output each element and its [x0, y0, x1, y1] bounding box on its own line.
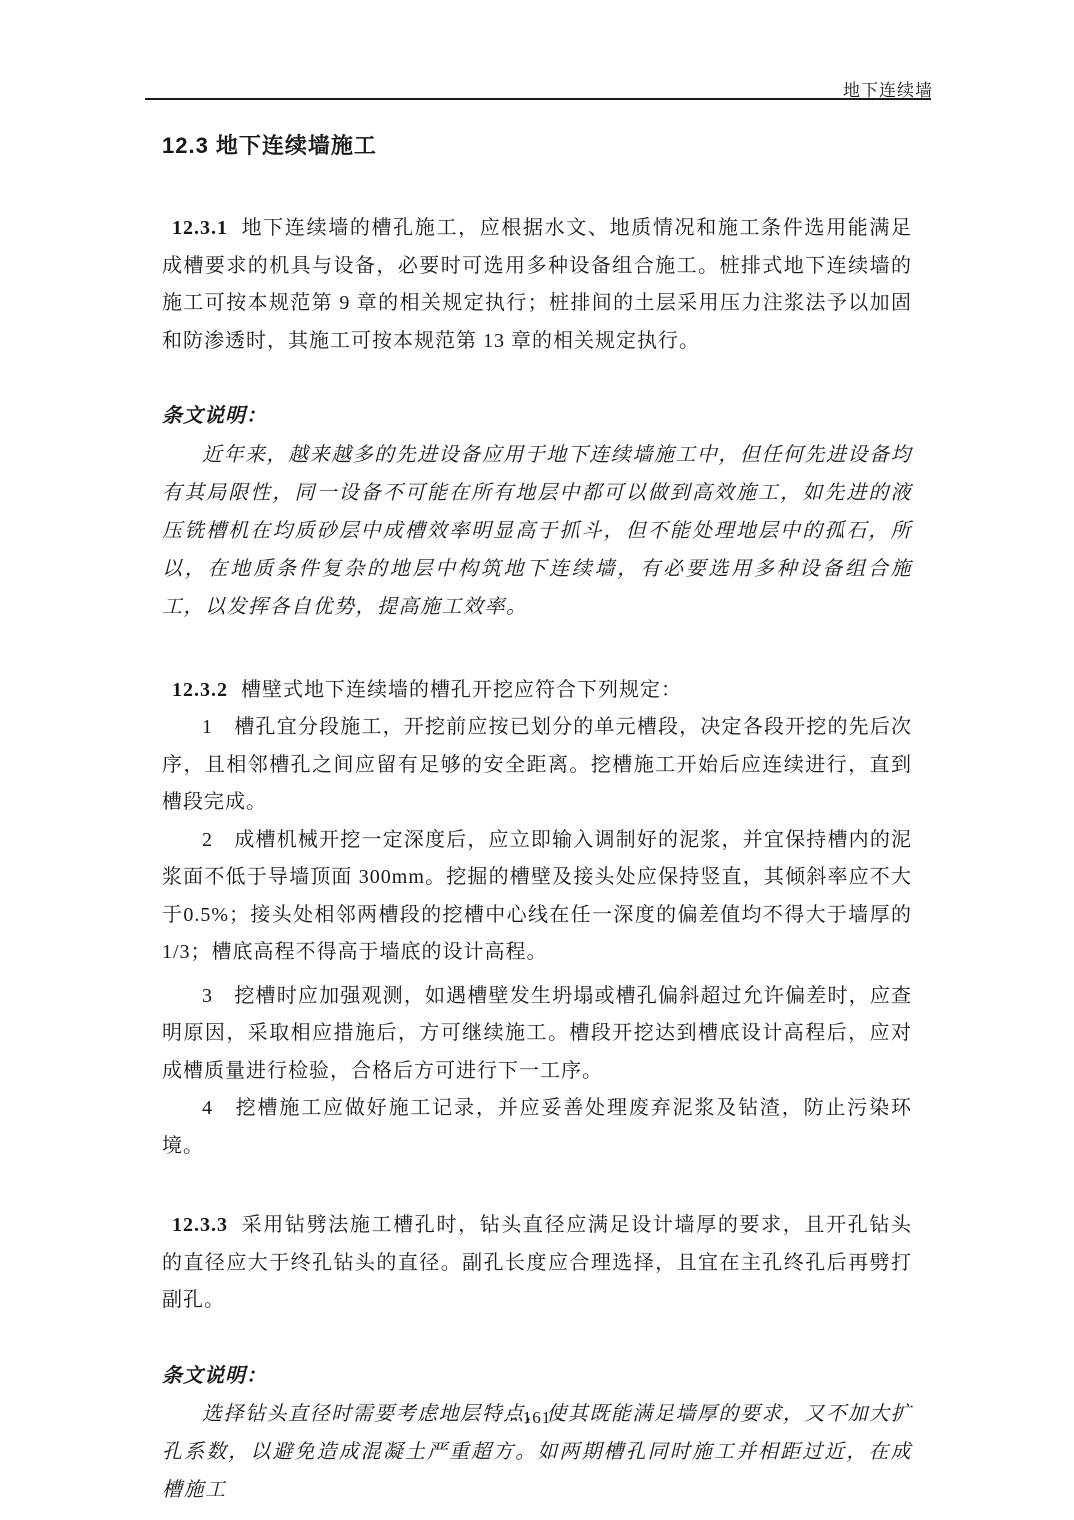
clause-12-3-2-number: 12.3.2 [172, 679, 228, 701]
clause-12-3-1: 12.3.1地下连续墙的槽孔施工，应根据水文、地质情况和施工条件选用能满足成槽要… [162, 210, 912, 360]
section-title: 12.3 地下连续墙施工 [162, 130, 912, 162]
clause-12-3-2-item-2: 2 成槽机械开挖一定深度后，应立即输入调制好的泥浆，并宜保持槽内的泥浆面不低于导… [162, 822, 912, 972]
clause-12-3-2: 12.3.2槽壁式地下连续墙的槽孔开挖应符合下列规定： [162, 672, 912, 710]
clause-12-3-2-item-4: 4 挖槽施工应做好施工记录，并应妥善处理废弃泥浆及钻渣，防止污染环境。 [162, 1090, 912, 1165]
header-rule [145, 98, 931, 100]
clause-12-3-1-text: 地下连续墙的槽孔施工，应根据水文、地质情况和施工条件选用能满足成槽要求的机具与设… [162, 217, 912, 352]
explanation-1-heading: 条文说明： [162, 398, 912, 436]
explanation-2-heading: 条文说明： [162, 1358, 912, 1396]
clause-12-3-2-item-1: 1 槽孔宜分段施工，开挖前应按已划分的单元槽段，决定各段开挖的先后次序，且相邻槽… [162, 709, 912, 822]
clause-12-3-1-number: 12.3.1 [172, 217, 228, 239]
clause-12-3-3-text: 采用钻劈法施工槽孔时，钻头直径应满足设计墙厚的要求，且开孔钻头的直径应大于终孔钻… [162, 1214, 912, 1311]
explanation-1-text: 近年来，越来越多的先进设备应用于地下连续墙施工中，但任何先进设备均有其局限性，同… [162, 436, 912, 626]
clause-12-3-3: 12.3.3采用钻劈法施工槽孔时，钻头直径应满足设计墙厚的要求，且开孔钻头的直径… [162, 1207, 912, 1320]
page-number: - 161 - [0, 1408, 1074, 1428]
clause-12-3-3-number: 12.3.3 [172, 1214, 228, 1236]
document-page: 地下连续墙 12.3 地下连续墙施工 12.3.1地下连续墙的槽孔施工，应根据水… [0, 0, 1074, 1520]
clause-12-3-2-item-3: 3 挖槽时应加强观测，如遇槽壁发生坍塌或槽孔偏斜超过允许偏差时，应查明原因，采取… [162, 978, 912, 1091]
clause-12-3-2-intro: 槽壁式地下连续墙的槽孔开挖应符合下列规定： [241, 679, 682, 701]
page-content: 12.3 地下连续墙施工 12.3.1地下连续墙的槽孔施工，应根据水文、地质情况… [162, 130, 912, 1509]
